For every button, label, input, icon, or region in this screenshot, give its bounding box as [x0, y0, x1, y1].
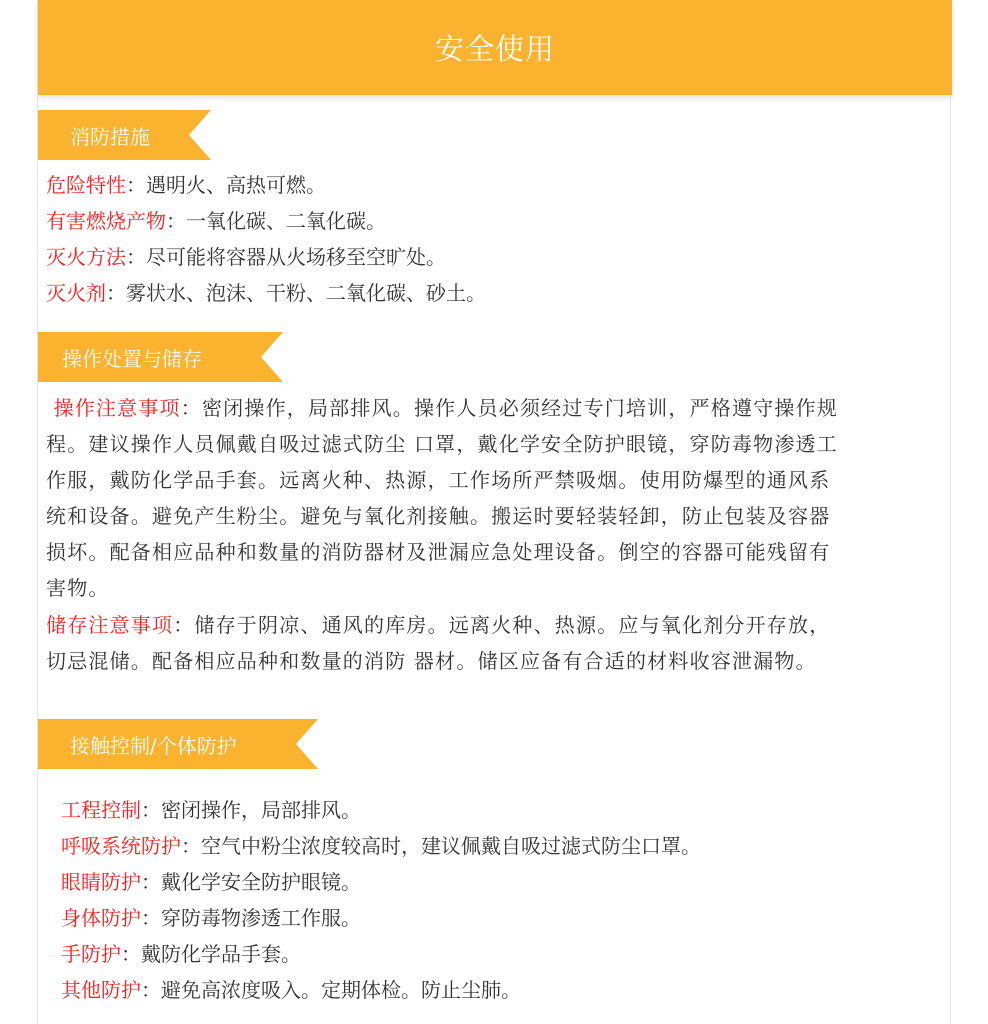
list-item: 灭火方法：尽可能将容器从火场移至空旷处。: [46, 239, 486, 275]
exposure-control-list: 工程控制：密闭操作，局部排风。 呼吸系统防护：空气中粉尘浓度较高时，建议佩戴自吸…: [61, 792, 701, 1008]
item-value: 空气中粉尘浓度较高时，建议佩戴自吸过滤式防尘口罩。: [201, 834, 701, 858]
list-item: 其他防护：避免高浓度吸入。定期体检。防止尘肺。: [61, 972, 701, 1008]
item-label: 操作注意事项: [54, 396, 181, 420]
item-label: 危险特性: [46, 173, 126, 197]
item-value: 遇明火、高热可燃。: [146, 173, 326, 197]
item-value: 密闭操作，局部排风。操作人员必须经过专门培训，严格遵守操作规: [202, 396, 838, 420]
item-label: 灭火剂: [46, 281, 106, 305]
item-value: 穿防毒物渗透工作服。: [161, 906, 361, 930]
list-item: 身体防护：穿防毒物渗透工作服。: [61, 900, 701, 936]
safety-card: 安全使用 消防措施 危险特性：遇明火、高热可燃。 有害燃烧产物：一氧化碳、二氧化…: [37, 0, 951, 1024]
item-label: 呼吸系统防护: [61, 834, 181, 858]
list-item: 危险特性：遇明火、高热可燃。: [46, 167, 486, 203]
list-item: 有害燃烧产物：一氧化碳、二氧化碳。: [46, 203, 486, 239]
item-value: 尽可能将容器从火场移至空旷处。: [146, 245, 446, 269]
item-value: 戴化学安全防护眼镜。: [161, 870, 361, 894]
item-label: 眼睛防护: [61, 870, 141, 894]
page-header: 安全使用: [38, 0, 952, 95]
section-title: 接触控制/个体防护: [70, 730, 237, 759]
item-value: 一氧化碳、二氧化碳。: [186, 209, 386, 233]
section-ribbon-handling-storage: 操作处置与储存: [38, 332, 283, 382]
list-item: 呼吸系统防护：空气中粉尘浓度较高时，建议佩戴自吸过滤式防尘口罩。: [61, 828, 701, 864]
item-label: 手防护: [61, 942, 121, 966]
item-value: 雾状水、泡沫、干粉、二氧化碳、砂土。: [126, 281, 486, 305]
section-ribbon-fire-measures: 消防措施: [38, 110, 211, 160]
item-value: 戴防化学品手套。: [141, 942, 301, 966]
item-value: 密闭操作，局部排风。: [161, 798, 361, 822]
item-label: 有害燃烧产物: [46, 209, 166, 233]
item-label: 灭火方法: [46, 245, 126, 269]
item-label: 工程控制: [61, 798, 141, 822]
item-label: 其他防护: [61, 978, 141, 1002]
section-title: 消防措施: [70, 121, 150, 150]
item-label: 储存注意事项: [46, 613, 173, 637]
item-value: 避免高浓度吸入。定期体检。防止尘肺。: [161, 978, 521, 1002]
section-title: 操作处置与储存: [62, 343, 202, 372]
list-item: 手防护：戴防化学品手套。: [61, 936, 701, 972]
page-title: 安全使用: [435, 27, 555, 68]
item-value: 储存于阴凉、通风的库房。远离火种、热源。应与氧化剂分开存放，: [194, 613, 830, 637]
list-item: 眼睛防护：戴化学安全防护眼镜。: [61, 864, 701, 900]
handling-precautions: 操作注意事项：密闭操作，局部排风。操作人员必须经过专门培训，严格遵守操作规 程。…: [46, 390, 946, 606]
item-label: 身体防护: [61, 906, 141, 930]
fire-measures-list: 危险特性：遇明火、高热可燃。 有害燃烧产物：一氧化碳、二氧化碳。 灭火方法：尽可…: [46, 167, 486, 311]
list-item: 工程控制：密闭操作，局部排风。: [61, 792, 701, 828]
list-item: 灭火剂：雾状水、泡沫、干粉、二氧化碳、砂土。: [46, 275, 486, 311]
storage-precautions: 储存注意事项：储存于阴凉、通风的库房。远离火种、热源。应与氧化剂分开存放， 切忌…: [46, 607, 946, 679]
section-ribbon-exposure-control: 接触控制/个体防护: [38, 719, 318, 769]
